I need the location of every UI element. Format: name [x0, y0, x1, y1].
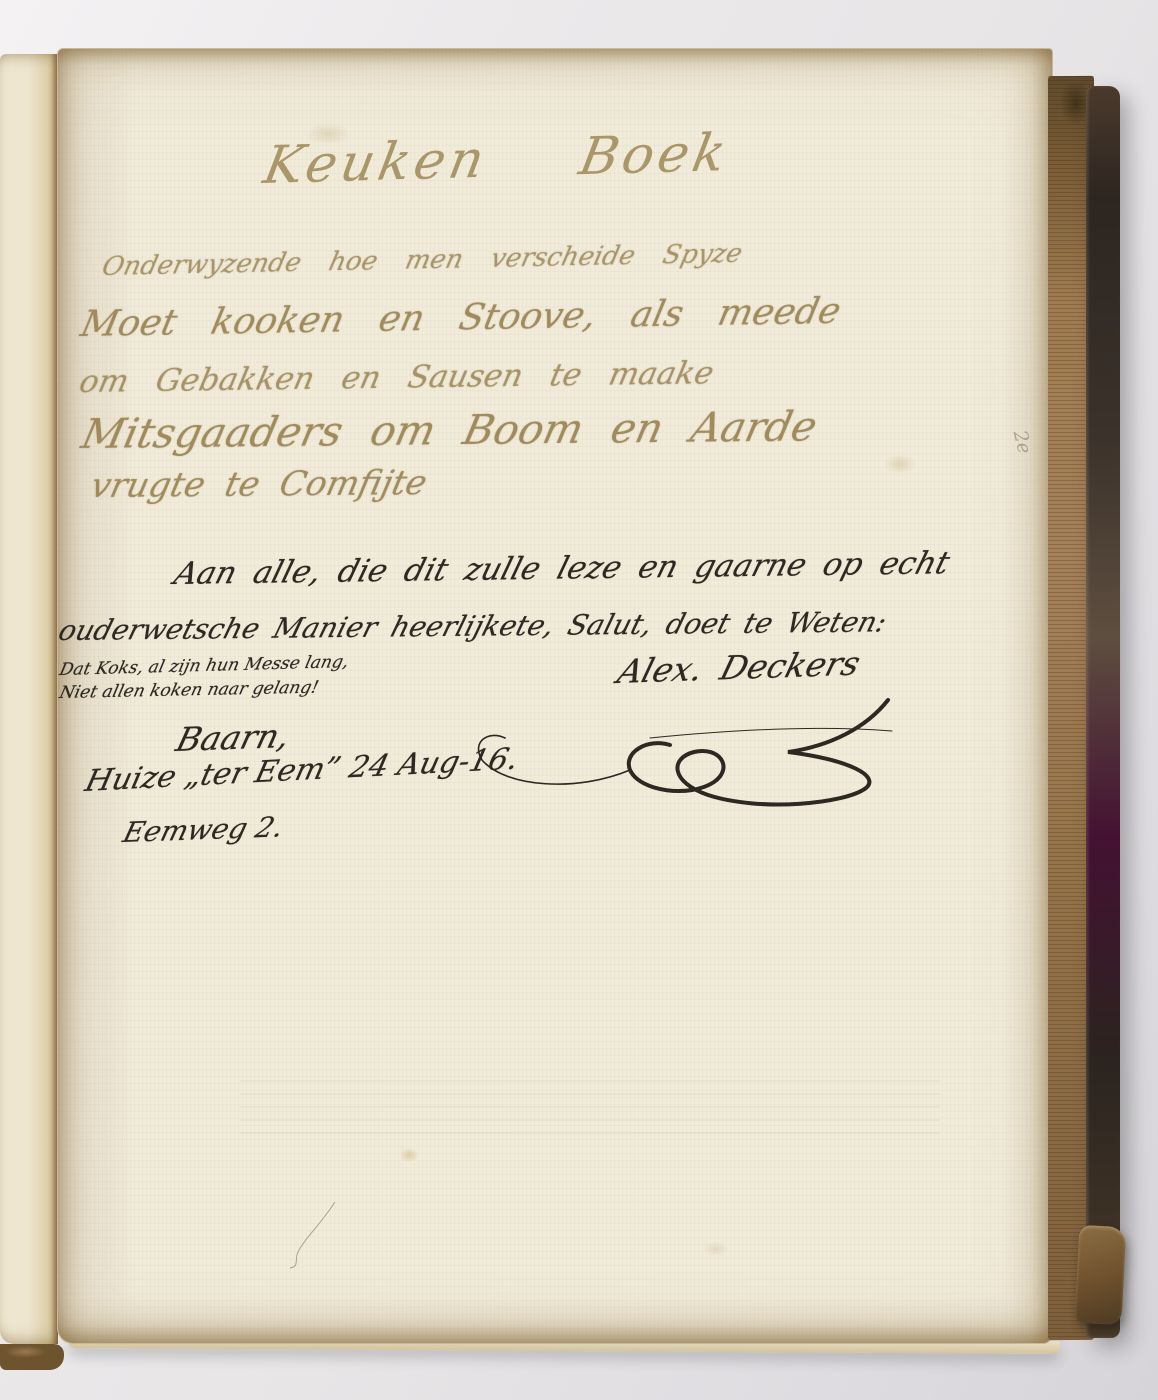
- place-line: Baarn,: [172, 716, 294, 759]
- street-line: Eemweg 2.: [120, 810, 287, 848]
- facing-page-edge: [0, 54, 58, 1344]
- subtitle-line-4: Mitsgaaders om Boom en Aarde: [77, 402, 821, 458]
- clasp-remnant: [1074, 1225, 1126, 1325]
- stray-hair: [210, 1200, 350, 1270]
- book-cover: [1086, 86, 1120, 1338]
- cover-corner: [0, 1344, 64, 1370]
- photo-background: Keuken Boek Onderwyzende hoe men versche…: [0, 0, 1158, 1400]
- subtitle-line-5: vrugte te Comfijte: [87, 463, 431, 506]
- paper-texture-band: [240, 1080, 940, 1134]
